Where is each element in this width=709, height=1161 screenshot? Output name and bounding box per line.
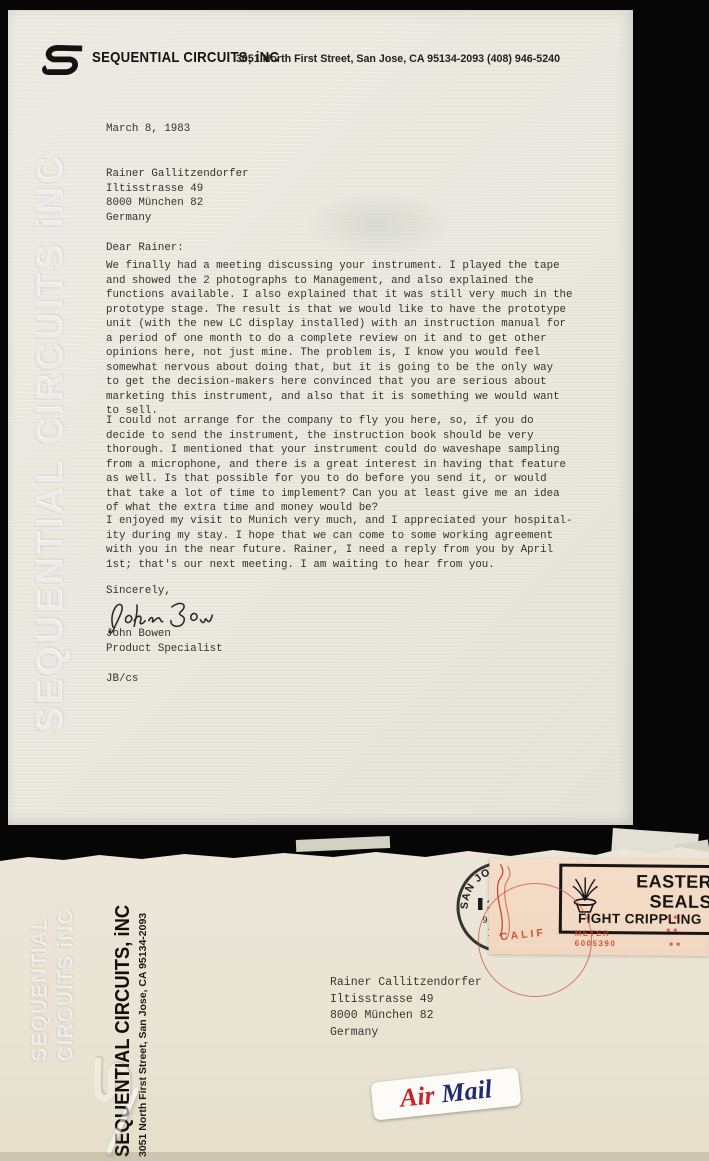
envelope-recipient-line: Rainer Callitzendorfer (330, 976, 482, 989)
airmail-word-air: Air (399, 1080, 437, 1113)
torn-paper-shred (296, 836, 390, 852)
recipient-line: Germany (106, 212, 151, 224)
embossed-watermark: SEQUENTIAL CIRCUITS iNC (28, 134, 71, 734)
airmail-word-mail: Mail (440, 1074, 493, 1109)
signer-title: Product Specialist (106, 642, 223, 657)
body-paragraph-2: I could not arrange for the company to f… (106, 414, 566, 516)
postmark-bar (478, 898, 483, 910)
envelope-recipient-address: Rainer Callitzendorfer Iltisstrasse 49 8… (330, 975, 482, 1041)
body-paragraph-1: We finally had a meeting discussing your… (106, 259, 573, 419)
recipient-line: 8000 München 82 (106, 197, 203, 209)
salutation: Dear Rainer: (106, 241, 184, 256)
signer-name: John Bowen (106, 627, 171, 642)
scanned-document-page: SEQUENTIAL CIRCUITS, iNC 3051 North Firs… (0, 0, 709, 1161)
slogan-line-2: SEALS (606, 891, 709, 913)
meter-red-dots (667, 916, 670, 919)
return-street-address: 3051 North First Street, San Jose, CA 95… (137, 857, 149, 1157)
envelope-recipient-line: Iltisstrasse 49 (330, 993, 434, 1006)
typist-reference: JB/cs (106, 672, 138, 687)
letter-page: SEQUENTIAL CIRCUITS, iNC 3051 North Firs… (8, 10, 633, 825)
paper-smudge (303, 192, 453, 256)
recipient-address-block: Rainer Gallitzendorfer Iltisstrasse 49 8… (106, 167, 249, 225)
embossed-line: CIRCUITS iNC (52, 857, 78, 1063)
envelope-recipient-line: Germany (330, 1026, 378, 1039)
envelope-recipient-line: 8000 München 82 (330, 1009, 434, 1022)
return-address-block: SEQUENTIAL CIRCUITS, iNC 3051 North Firs… (112, 857, 149, 1157)
recipient-line: Rainer Gallitzendorfer (106, 168, 249, 180)
airmail-sticker: Air Mail (370, 1067, 521, 1120)
envelope-embossed-company: SEQUENTIALCIRCUITS iNC (26, 857, 78, 1063)
recipient-line: Iltisstrasse 49 (106, 183, 203, 195)
envelope: SEQUENTIALCIRCUITS iNC SEQUENTIAL CIRCUI… (0, 845, 709, 1161)
sequential-circuits-logo-icon (40, 40, 86, 80)
slogan-line-1: EASTER (606, 871, 709, 893)
letterhead-address: 3051 North First Street, San Jose, CA 95… (236, 53, 560, 65)
body-paragraph-3: I enjoyed my visit to Munich very much, … (106, 514, 573, 572)
embossed-line: SEQUENTIAL (26, 857, 52, 1063)
meter-red-ring (478, 883, 592, 997)
letter-date: March 8, 1983 (106, 122, 190, 137)
